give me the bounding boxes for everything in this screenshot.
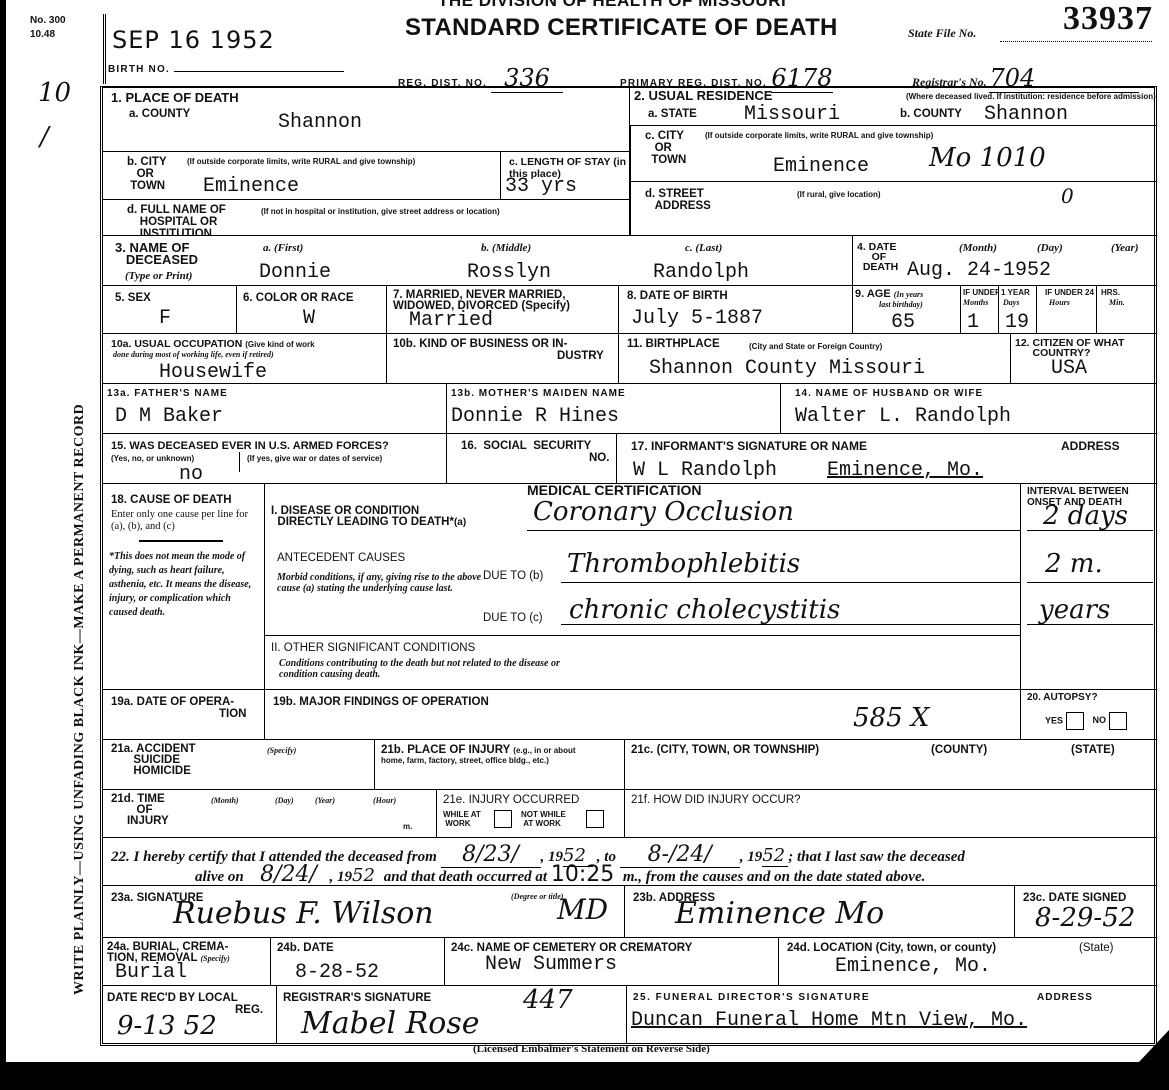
rec-label: DATE REC'D BY LOCAL	[107, 992, 238, 1004]
ssn-label-2: NO.	[589, 452, 609, 464]
disease-label: I. DISEASE OR CONDITION DIRECTLY LEADING…	[271, 506, 466, 528]
residence-city-note: (If outside corporate limits, write RURA…	[705, 131, 933, 140]
days-field: 1 YEAR Days 19	[999, 286, 1037, 334]
residence-city: c. CITY OR TOWN (If outside corporate li…	[630, 126, 1157, 182]
injury-hour-label: (Hour)	[373, 796, 396, 805]
interval-column: INTERVAL BETWEEN ONSET AND DEATH 2 days …	[1021, 484, 1157, 690]
city-label: b. CITY OR TOWN	[127, 156, 167, 192]
burial-date-label: 24b. DATE	[277, 942, 334, 954]
date-signed: 23c. DATE SIGNED 8-29-52	[1015, 886, 1157, 938]
name-label: 3. NAME OF DECEASED	[115, 242, 198, 266]
street-label: d. STREET ADDRESS	[645, 188, 711, 212]
other-label: II. OTHER SIGNIFICANT CONDITIONS	[271, 642, 475, 654]
stamp-divider	[103, 14, 106, 84]
division-heading: THE DIVISION OF HEALTH OF MISSOURI	[438, 0, 786, 11]
director-address-label: ADDRESS	[1037, 992, 1093, 1004]
funeral-director: 25. FUNERAL DIRECTOR'S SIGNATURE ADDRESS…	[627, 986, 1157, 1044]
residence-state-county: 2. USUAL RESIDENCE (Where deceased lived…	[630, 88, 1157, 126]
physician-address: 23b. ADDRESS Eminence Mo	[625, 886, 1015, 938]
certify-text-3: and that death occurred at	[384, 869, 547, 885]
injury-city-field: 21c. (CITY, TOWN, OR TOWNSHIP) (COUNTY) …	[625, 740, 1157, 790]
margin-mark-1: 10	[38, 78, 71, 108]
rec-date-value: 9-13 52	[117, 1012, 217, 1040]
medical-section-title: MEDICAL CERTIFICATION	[527, 484, 701, 496]
location-state-label: (State)	[1079, 942, 1114, 954]
street-mark: 0	[1061, 182, 1074, 210]
residence-street: d. STREET ADDRESS (If rural, give locati…	[630, 182, 1157, 236]
signature-value: Ruebus F. Wilson	[173, 900, 434, 928]
hospital-name: d. FULL NAME OF HOSPITAL OR INSTITUTION …	[103, 200, 630, 236]
informant-address-value: Eminence, Mo.	[827, 460, 983, 482]
autopsy-label: 20. AUTOPSY?	[1027, 692, 1098, 704]
certificate-form: 1. PLACE OF DEATH a. COUNTY Shannon b. C…	[100, 86, 1157, 1046]
dod-label: 4. DATE OF DEATH	[857, 242, 898, 272]
injury-occurred-label: 21e. INJURY OCCURRED	[443, 794, 579, 806]
state-file-line	[1000, 41, 1152, 42]
registrar-number: 447	[523, 986, 573, 1014]
spouse-value: Walter L. Randolph	[795, 406, 1011, 428]
scan-edge-bottom	[0, 1062, 1169, 1090]
dod-value: Aug. 24-1952	[907, 260, 1051, 282]
autopsy-options: YES NO	[1045, 712, 1127, 730]
cause-lines: MEDICAL CERTIFICATION I. DISEASE OR COND…	[265, 484, 1021, 636]
place-of-death-county: 1. PLACE OF DEATH a. COUNTY Shannon	[103, 88, 630, 152]
months-field: IF UNDER Months 1	[961, 286, 999, 334]
form-number-line-1: No. 300	[30, 14, 66, 28]
mother-field: 13b. MOTHER'S MAIDEN NAME Donnie R Hines	[447, 384, 781, 434]
injury-state-label: (STATE)	[1071, 744, 1115, 756]
operation-code-value: 585 X	[853, 704, 929, 732]
location-value: Eminence, Mo.	[835, 956, 991, 978]
not-while-at-work-checkbox[interactable]	[586, 810, 604, 828]
armed-forces-value: no	[179, 464, 203, 484]
birthplace-value: Shannon County Missouri	[649, 358, 925, 380]
business-label: 10b. KIND OF BUSINESS OR IN-	[393, 338, 567, 350]
state-file-number: 33937	[1063, 0, 1153, 38]
min-label: Min.	[1109, 298, 1125, 307]
injury-occurred-field: 21e. INJURY OCCURRED WHILE AT WORK NOT W…	[437, 790, 625, 838]
burial-date-value: 8-28-52	[295, 962, 379, 984]
dod-year-label: (Year)	[1111, 242, 1139, 254]
accident-field: 21a. ACCIDENT SUICIDE HOMICIDE (Specify)	[103, 740, 375, 790]
cause-divider	[139, 540, 223, 542]
cause-b-value: Thrombophlebitis	[567, 550, 800, 578]
form-number-line-2: 10.48	[30, 28, 66, 42]
citizen-field: 12. CITIZEN OF WHAT COUNTRY? USA	[1011, 334, 1157, 384]
side-instruction: WRITE PLAINLY—USING UNFADING BLACK INK—M…	[72, 404, 88, 995]
business-label-2: DUSTRY	[557, 350, 604, 362]
last-name-value: Randolph	[653, 262, 749, 284]
hours-field: IF UNDER 24 Hours	[1037, 286, 1097, 334]
dod-day-label: (Day)	[1037, 242, 1063, 254]
street-note: (If rural, give location)	[797, 190, 881, 199]
death-county-value: Shannon	[278, 112, 362, 134]
spouse-label: 14. NAME OF HUSBAND OR WIFE	[795, 388, 983, 400]
alive-on-label: alive on	[195, 869, 244, 885]
registrar-no-field: Registrar's No. 704	[912, 64, 1139, 82]
birthplace-field: 11. BIRTHPLACE (City and State or Foreig…	[619, 334, 1011, 384]
operation-findings-label: 19b. MAJOR FINDINGS OF OPERATION	[273, 696, 489, 708]
received-stamp: SEP 16 1952	[112, 26, 275, 54]
last-name-label: c. (Last)	[685, 242, 722, 254]
length-of-stay: c. LENGTH OF STAY (in this place) 33 yrs	[501, 152, 630, 200]
injury-city-label: 21c. (CITY, TOWN, OR TOWNSHIP)	[631, 744, 819, 756]
months-label: Months	[963, 298, 988, 307]
cause-note: Enter only one cause per line for (a), (…	[111, 509, 261, 533]
injury-time-label: 21d. TIME OF INJURY	[111, 794, 169, 827]
margin-mark-2: /	[40, 122, 49, 152]
under-24-label: IF UNDER 24	[1045, 288, 1094, 297]
injury-place-note: home, farm, factory, street, office bldg…	[381, 756, 549, 765]
how-injury-field: 21f. HOW DID INJURY OCCUR?	[625, 790, 1157, 838]
interval-b-value: 2 m.	[1045, 550, 1103, 578]
race-field: 6. COLOR OR RACE W	[237, 286, 387, 334]
reg-dist-field: REG. DIST. NO. 336	[398, 64, 563, 82]
occupation-field: 10a. USUAL OCCUPATION (Give kind of work…	[103, 334, 387, 384]
citizen-label: 12. CITIZEN OF WHAT COUNTRY?	[1015, 338, 1124, 358]
certify-text-4: m., from the causes and on the date stat…	[623, 869, 926, 885]
under-1-year-label: 1 YEAR	[1001, 288, 1030, 297]
birthplace-note: (City and State or Foreign Country)	[749, 342, 882, 351]
father-field: 13a. FATHER'S NAME D M Baker	[103, 384, 447, 434]
primary-reg-dist-field: PRIMARY REG. DIST. NO. 6178	[620, 64, 833, 82]
occupation-label: 10a. USUAL OCCUPATION (Give kind of work	[111, 338, 315, 350]
interval-a-value: 2 days	[1043, 502, 1128, 530]
alive-year-value: 52	[352, 865, 380, 886]
spouse-field: 14. NAME OF HUSBAND OR WIFE Walter L. Ra…	[781, 384, 1157, 434]
page-title: STANDARD CERTIFICATE OF DEATH	[405, 14, 838, 42]
injury-day-label: (Day)	[275, 796, 294, 805]
dob-value: July 5-1887	[631, 308, 763, 330]
burial-location: 24d. LOCATION (City, town, or county) (S…	[779, 938, 1157, 986]
due-c-label: DUE TO (c)	[483, 612, 543, 624]
minutes-field: HRS. Min.	[1097, 286, 1157, 334]
registrar-sig-label: REGISTRAR'S SIGNATURE	[283, 992, 431, 1004]
accident-specify: (Specify)	[267, 746, 296, 755]
scan-edge-left	[0, 0, 6, 1090]
operation-date-label-2: TION	[219, 708, 246, 720]
director-value: Duncan Funeral Home Mtn View, Mo.	[631, 1010, 1027, 1032]
date-signed-value: 8-29-52	[1035, 904, 1135, 932]
other-note: Conditions contributing to the death but…	[279, 658, 569, 680]
burial-date: 24b. DATE 8-28-52	[271, 938, 445, 986]
armed-divider	[239, 452, 240, 472]
informant-field: 17. INFORMANT'S SIGNATURE OR NAME ADDRES…	[617, 434, 1157, 484]
armed-forces-field: 15. WAS DECEASED EVER IN U.S. ARMED FORC…	[103, 434, 447, 484]
operation-findings: 19b. MAJOR FINDINGS OF OPERATION 585 X	[265, 690, 1021, 740]
autopsy-yes-label: YES	[1045, 715, 1063, 725]
form-number: No. 300 10.48	[30, 14, 66, 42]
operation-date-label: 19a. DATE OF OPERA-	[111, 696, 234, 708]
ssn-field: 16. SOCIAL SECURITY NO.	[447, 434, 617, 484]
cause-b-line	[561, 582, 1021, 583]
burial-method-value: Burial	[115, 962, 187, 984]
date-of-death: 4. DATE OF DEATH (Month) (Day) (Year) Au…	[853, 236, 1157, 286]
armed-note-b: (If yes, give war or dates of service)	[247, 454, 382, 463]
place-of-death-label: 1. PLACE OF DEATH	[111, 92, 239, 104]
certification-statement: 22. I hereby certify that I attended the…	[103, 838, 1157, 886]
cause-a-value: Coronary Occlusion	[533, 498, 794, 526]
age-value: 65	[891, 312, 915, 334]
middle-name-value: Rosslyn	[467, 262, 551, 284]
days-label: Days	[1003, 298, 1019, 307]
autopsy-no-checkbox[interactable]	[1109, 712, 1127, 730]
race-value: W	[303, 308, 315, 330]
informant-address-label: ADDRESS	[1061, 440, 1120, 452]
sex-value: F	[159, 308, 171, 330]
informant-label: 17. INFORMANT'S SIGNATURE OR NAME	[631, 440, 867, 452]
occupation-note: done during most of working life, even i…	[113, 350, 274, 359]
father-label: 13a. FATHER'S NAME	[107, 388, 228, 400]
state-label: a. STATE	[648, 108, 697, 120]
cause-label: 18. CAUSE OF DEATH	[111, 494, 232, 506]
armed-note-a: (Yes, no, or unknown)	[111, 454, 194, 463]
residence-county-value: Shannon	[984, 104, 1068, 126]
degree-label: (Degree or title)	[511, 892, 563, 901]
sex-field: 5. SEX F	[103, 286, 237, 334]
first-name-value: Donnie	[259, 262, 331, 284]
cause-c-value: chronic cholecystitis	[569, 596, 840, 624]
antecedent-note: Morbid conditions, if any, giving rise t…	[277, 572, 487, 594]
hospital-label: d. FULL NAME OF HOSPITAL OR INSTITUTION	[127, 204, 226, 236]
marital-field: 7. MARRIED, NEVER MARRIED, WIDOWED, DIVO…	[387, 286, 619, 334]
operation-date: 19a. DATE OF OPERA- TION	[103, 690, 265, 740]
death-city-value: Eminence	[203, 176, 299, 198]
age-note: last birthday)	[879, 300, 923, 309]
residence-state-value: Missouri	[744, 104, 840, 126]
cause-a-line	[527, 530, 1021, 531]
accident-label: 21a. ACCIDENT SUICIDE HOMICIDE	[111, 744, 196, 777]
ssn-label: 16. SOCIAL SECURITY	[461, 440, 591, 452]
due-b-label: DUE TO (b)	[483, 570, 543, 582]
other-conditions: II. OTHER SIGNIFICANT CONDITIONS Conditi…	[265, 636, 1021, 690]
age-label: 9. AGE (In years	[855, 288, 923, 300]
location-label: 24d. LOCATION (City, town, or county)	[787, 942, 996, 954]
months-value: 1	[967, 312, 979, 334]
footer-note: (Licensed Embalmer's Statement on Revers…	[473, 1043, 710, 1055]
injury-time-field: 21d. TIME OF INJURY (Month) (Day) (Year)…	[103, 790, 437, 838]
alive-on-value: 8/24/	[248, 862, 330, 886]
cemetery-value: New Summers	[485, 954, 617, 976]
date-received: DATE REC'D BY LOCAL REG. 9-13 52	[103, 986, 277, 1044]
rec-label-2: REG.	[235, 1004, 263, 1016]
county-label: a. COUNTY	[129, 108, 190, 120]
place-of-death-city: b. CITY OR TOWN (If outside corporate li…	[103, 152, 501, 200]
father-value: D M Baker	[115, 406, 223, 428]
residence-note: (Where deceased lived. If institution: r…	[828, 92, 1157, 101]
sex-label: 5. SEX	[115, 292, 151, 304]
race-label: 6. COLOR OR RACE	[243, 292, 354, 304]
dob-field: 8. DATE OF BIRTH July 5-1887	[619, 286, 853, 334]
residence-county-label: b. COUNTY	[900, 108, 962, 120]
marital-value: Married	[409, 310, 493, 332]
antecedent-label: ANTECEDENT CAUSES	[277, 552, 405, 564]
cause-footnote: *This does not mean the mode of dying, s…	[109, 550, 261, 620]
birth-no-label: BIRTH NO.	[108, 64, 170, 75]
mother-label: 13b. MOTHER'S MAIDEN NAME	[451, 388, 626, 400]
birth-no-field: BIRTH NO.	[108, 64, 344, 82]
injury-month-label: (Month)	[211, 796, 239, 805]
address-value: Eminence Mo	[675, 900, 884, 928]
residence-city-value: Eminence	[773, 156, 869, 178]
hours-label: Hours	[1049, 298, 1070, 307]
degree-value: MD	[557, 896, 608, 924]
city-note: (If outside corporate limits, write RURA…	[187, 157, 497, 166]
cause-of-death-notes: 18. CAUSE OF DEATH Enter only one cause …	[103, 484, 265, 690]
burial-method: 24a. BURIAL, CREMA-TION, REMOVAL (Specif…	[103, 938, 271, 986]
certify-line-2: alive on 8/24/, 1952 and that death occu…	[195, 862, 925, 886]
stay-value: 33 yrs	[505, 176, 577, 198]
residence-city-label: c. CITY OR TOWN	[645, 130, 686, 166]
director-label: 25. FUNERAL DIRECTOR'S SIGNATURE	[633, 992, 870, 1004]
age-field: 9. AGE (In years last birthday) 65	[853, 286, 961, 334]
injury-place-label: 21b. PLACE OF INJURY (e.g., in or about	[381, 744, 576, 756]
interval-b-line	[1027, 582, 1153, 583]
first-name-label: a. (First)	[263, 242, 303, 254]
hospital-note: (If not in hospital or institution, give…	[261, 207, 500, 216]
alive-year-prefix: , 19	[330, 869, 353, 885]
how-injury-label: 21f. HOW DID INJURY OCCUR?	[631, 794, 801, 806]
mother-value: Donnie R Hines	[451, 406, 619, 428]
while-at-work-checkbox[interactable]	[494, 810, 512, 828]
residence-city-handwritten: Mo 1010	[929, 144, 1046, 172]
autopsy-field: 20. AUTOPSY? YES NO	[1021, 690, 1157, 740]
injury-year-label: (Year)	[315, 796, 335, 805]
middle-name-label: b. (Middle)	[481, 242, 531, 254]
registrar-signature: REGISTRAR'S SIGNATURE 447 Mabel Rose	[277, 986, 627, 1044]
death-time-value: 10:25	[551, 862, 623, 886]
under-1-label: IF UNDER	[963, 288, 999, 297]
injury-place-field: 21b. PLACE OF INJURY (e.g., in or about …	[375, 740, 625, 790]
injury-county-label: (COUNTY)	[931, 744, 987, 756]
armed-forces-label: 15. WAS DECEASED EVER IN U.S. ARMED FORC…	[111, 440, 389, 452]
not-while-at-work-option: NOT WHILE AT WORK	[521, 810, 566, 828]
dod-month-label: (Month)	[959, 242, 997, 254]
informant-value: W L Randolph	[633, 460, 777, 482]
birthplace-label: 11. BIRTHPLACE	[627, 338, 720, 350]
while-at-work-option: WHILE AT WORK	[443, 810, 481, 828]
citizen-value: USA	[1051, 358, 1087, 380]
state-file-label: State File No.	[908, 26, 976, 41]
injury-m-label: m.	[403, 822, 412, 831]
residence-label: 2. USUAL RESIDENCE	[634, 90, 772, 102]
deceased-name: 3. NAME OF DECEASED (Type or Print) a. (…	[103, 236, 853, 286]
registrar-sig-value: Mabel Rose	[301, 1010, 480, 1038]
interval-c-value: years	[1039, 596, 1110, 624]
hrs-label: HRS.	[1101, 288, 1120, 297]
autopsy-yes-checkbox[interactable]	[1066, 712, 1084, 730]
business-field: 10b. KIND OF BUSINESS OR IN- DUSTRY	[387, 334, 619, 384]
occupation-value: Housewife	[159, 362, 267, 384]
days-value: 19	[1005, 312, 1029, 334]
cemetery-name: 24c. NAME OF CEMETERY OR CREMATORY New S…	[445, 938, 779, 986]
birth-no-value	[174, 71, 344, 72]
physician-signature: 23a. SIGNATURE (Degree or title) Ruebus …	[103, 886, 625, 938]
autopsy-no-label: NO	[1093, 715, 1107, 725]
dob-label: 8. DATE OF BIRTH	[627, 290, 728, 302]
name-note: (Type or Print)	[125, 270, 192, 282]
